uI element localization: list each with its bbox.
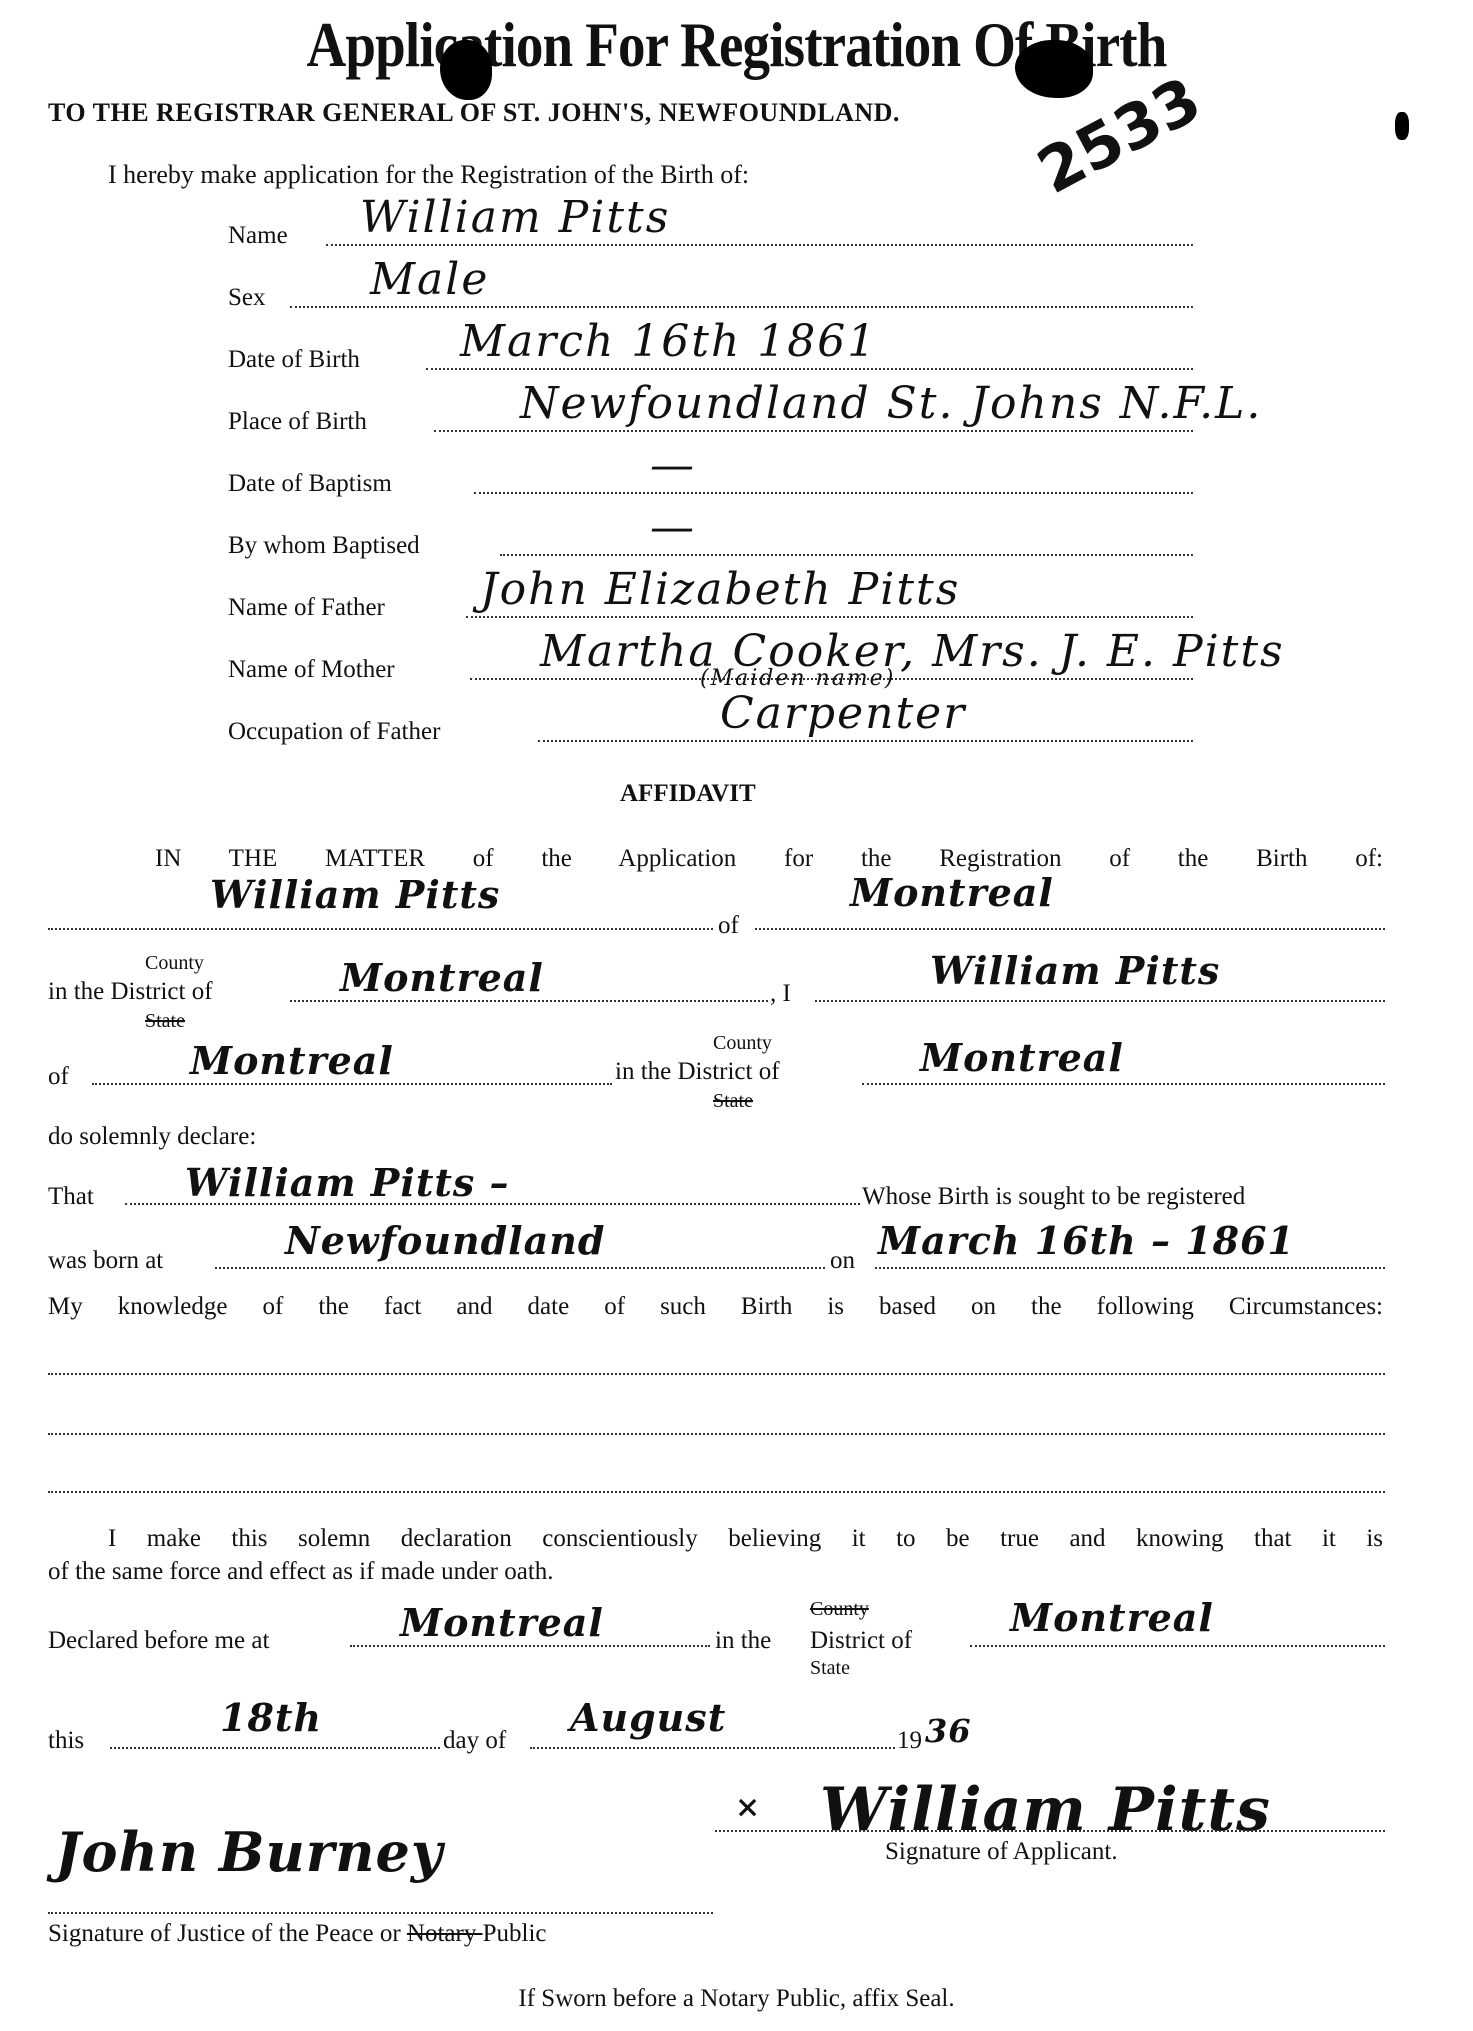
justice-label-struck: Notary <box>407 1920 483 1947</box>
declared-at[interactable]: Montreal <box>400 1600 604 1645</box>
in-the-district-label: in the District of <box>615 1058 780 1086</box>
day-value[interactable]: 18th <box>220 1695 322 1740</box>
justice-label-part-1: Signature of Justice of the Peace or <box>48 1920 407 1947</box>
district-3[interactable]: Montreal <box>1010 1595 1214 1640</box>
field-label: Date of Birth <box>228 346 360 374</box>
district-2-line <box>862 1083 1385 1085</box>
that-label: That <box>48 1183 94 1211</box>
applicant-signature[interactable]: William Pitts <box>820 1775 1271 1845</box>
declared-at-line <box>350 1645 710 1647</box>
born-at-label: was born at <box>48 1247 163 1275</box>
field-line <box>538 740 1193 742</box>
day-line <box>110 1747 440 1749</box>
solemn-text-2: of the same force and effect as if made … <box>48 1558 554 1586</box>
whose-birth-text: Whose Birth is sought to be registered <box>862 1183 1245 1211</box>
declarant-name-line <box>815 1000 1385 1002</box>
this-label: this <box>48 1727 84 1755</box>
that-name-line <box>125 1203 860 1205</box>
born-on-line <box>875 1267 1385 1269</box>
field-label: Place of Birth <box>228 408 367 436</box>
in-district-label: in the District of <box>48 978 213 1006</box>
declarant-place-line <box>92 1083 612 1085</box>
year-suffix[interactable]: 36 <box>925 1712 972 1750</box>
applicant-mark: × <box>735 1790 761 1825</box>
district-2[interactable]: Montreal <box>920 1035 1124 1080</box>
matter-text: IN THE MATTER of the Application for the… <box>155 845 1383 873</box>
field-line <box>326 244 1193 246</box>
field-line <box>466 616 1193 618</box>
field-line <box>434 430 1193 432</box>
year-prefix: 19 <box>897 1727 922 1755</box>
circumstances-line-3[interactable] <box>48 1491 1385 1493</box>
applicant-signature-line <box>715 1830 1385 1832</box>
state-label-struck-2: State <box>713 1090 753 1113</box>
affidavit-heading: AFFIDAVIT <box>620 780 756 808</box>
district-1[interactable]: Montreal <box>340 955 544 1000</box>
field-label: By whom Baptised <box>228 532 420 560</box>
field-label: Name <box>228 222 288 250</box>
circumstances-line-1[interactable] <box>48 1373 1385 1375</box>
solemn-text-1: I make this solemn declaration conscient… <box>108 1525 1383 1553</box>
ink-blot <box>1015 40 1093 98</box>
ink-mark <box>1395 112 1409 140</box>
of-label-2: of <box>48 1063 69 1091</box>
seal-note: If Sworn before a Notary Public, affix S… <box>0 1985 1473 2013</box>
field-line <box>290 306 1193 308</box>
subject-name[interactable]: William Pitts <box>210 872 500 917</box>
field-line <box>474 492 1193 494</box>
applicant-signature-label: Signature of Applicant. <box>885 1838 1118 1866</box>
district-label: District of <box>810 1627 912 1655</box>
declare-text: do solemnly declare: <box>48 1123 256 1151</box>
state-label: State <box>810 1657 850 1680</box>
field-value[interactable]: Martha Cooker, Mrs. J. E. Pitts <box>540 626 1285 677</box>
field-label: Occupation of Father <box>228 718 440 746</box>
district-1-line <box>290 1000 768 1002</box>
district-3-line <box>970 1645 1385 1647</box>
born-at-value[interactable]: Newfoundland <box>285 1218 605 1263</box>
field-line <box>500 554 1193 556</box>
ink-blot <box>440 40 492 100</box>
justice-signature-line <box>48 1912 713 1914</box>
born-on-value[interactable]: March 16th – 1861 <box>878 1218 1295 1263</box>
field-value[interactable]: — <box>650 502 696 553</box>
that-name[interactable]: William Pitts – <box>185 1160 510 1205</box>
month-line <box>530 1747 895 1749</box>
i-label: , I <box>770 980 791 1008</box>
circumstances-line-2[interactable] <box>48 1433 1385 1435</box>
field-value[interactable]: William Pitts <box>360 192 670 243</box>
justice-label-part-2: Public <box>483 1920 547 1947</box>
born-at-line <box>215 1267 825 1269</box>
subject-name-line <box>48 928 713 930</box>
field-value[interactable]: John Elizabeth Pitts <box>480 564 960 615</box>
field-line <box>426 368 1193 370</box>
subject-place[interactable]: Montreal <box>850 870 1054 915</box>
justice-signature[interactable]: John Burney <box>55 1820 443 1884</box>
month-value[interactable]: August <box>570 1695 726 1740</box>
field-value[interactable]: Male <box>370 254 489 305</box>
field-label: Sex <box>228 284 266 312</box>
declarant-place[interactable]: Montreal <box>190 1038 394 1083</box>
day-of-label: day of <box>443 1727 506 1755</box>
field-value[interactable]: March 16th 1861 <box>460 316 877 367</box>
intro-text: I hereby make application for the Regist… <box>108 160 749 190</box>
addressee: TO THE REGISTRAR GENERAL OF ST. JOHN'S, … <box>48 98 900 128</box>
of-label: of <box>718 912 739 940</box>
county-label-struck: County <box>810 1598 869 1621</box>
field-label: Name of Mother <box>228 656 395 684</box>
in-the-label: in the <box>715 1627 771 1655</box>
field-value[interactable]: Carpenter <box>720 688 966 739</box>
field-value[interactable]: — <box>650 440 696 491</box>
state-label-struck: State <box>145 1010 185 1033</box>
field-label: Name of Father <box>228 594 385 622</box>
knowledge-text: My knowledge of the fact and date of suc… <box>48 1293 1383 1321</box>
field-value[interactable]: Newfoundland St. Johns N.F.L. <box>520 378 1262 429</box>
justice-signature-label: Signature of Justice of the Peace or Not… <box>48 1920 547 1948</box>
county-label: County <box>145 952 204 975</box>
declared-label: Declared before me at <box>48 1627 269 1655</box>
county-label-2: County <box>713 1032 772 1055</box>
on-label: on <box>830 1247 855 1275</box>
field-label: Date of Baptism <box>228 470 392 498</box>
subject-place-line <box>755 928 1385 930</box>
declarant-name[interactable]: William Pitts <box>930 948 1220 993</box>
